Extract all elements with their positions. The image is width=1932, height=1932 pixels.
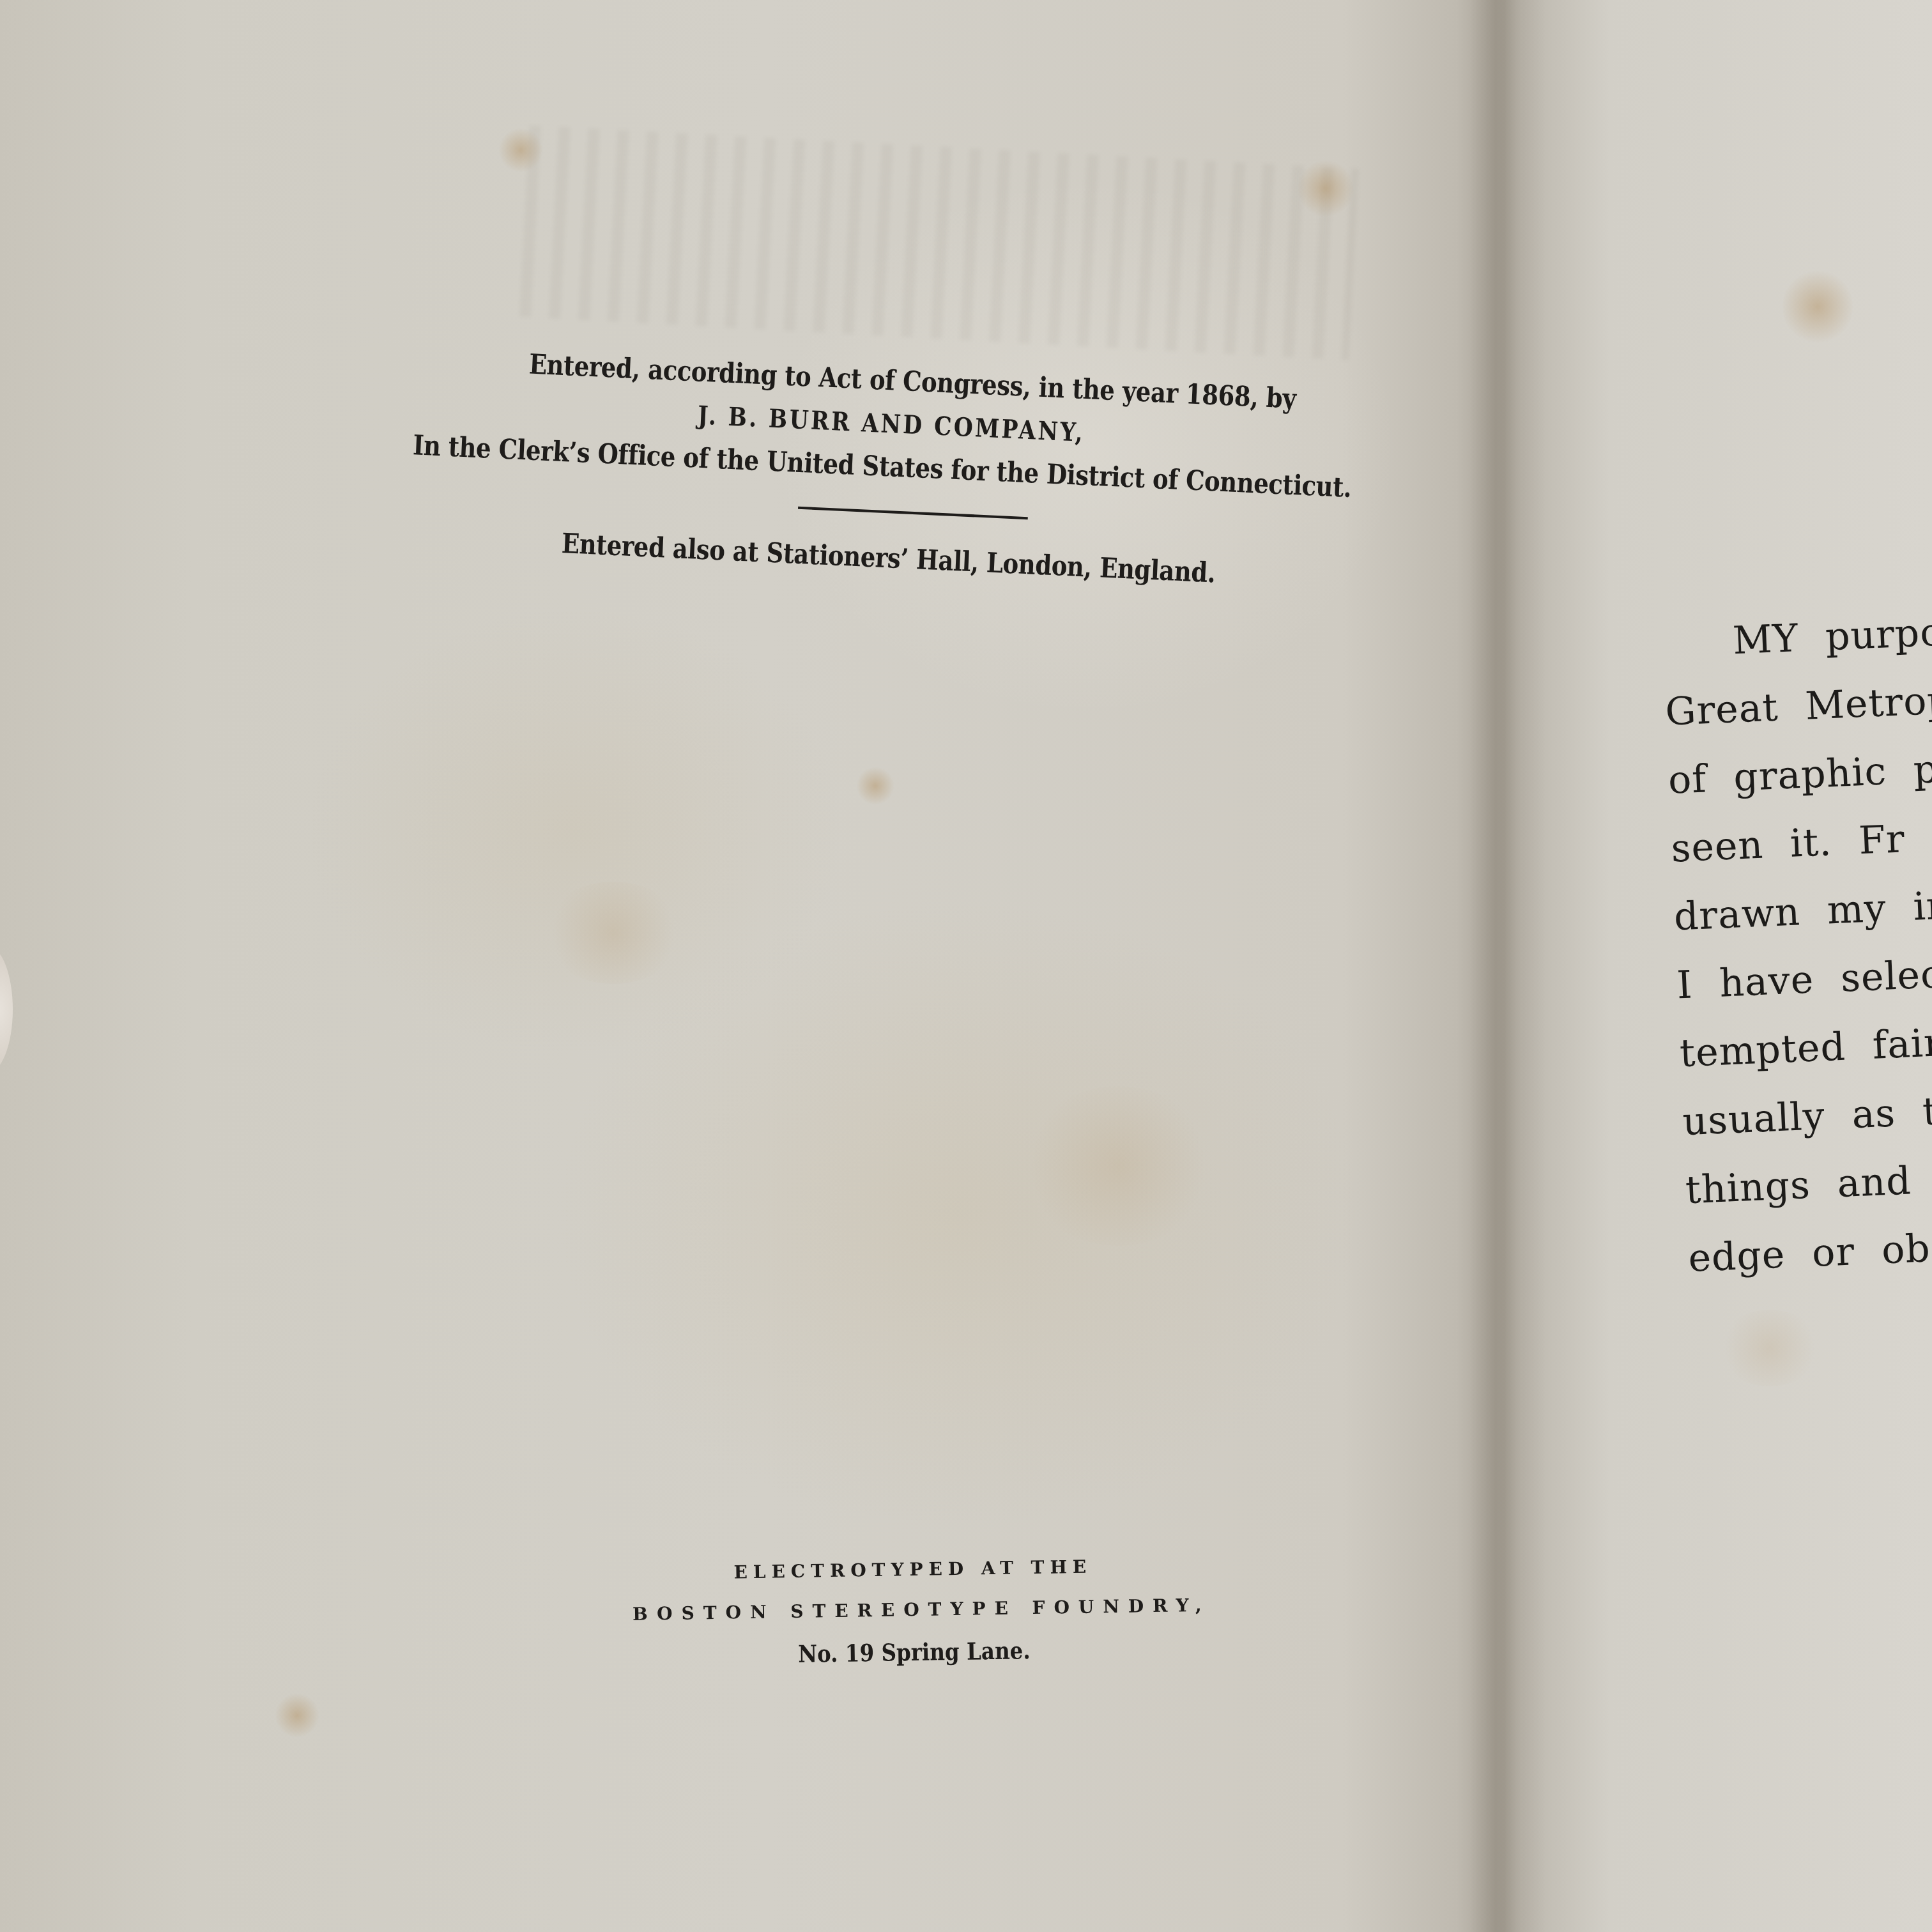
preface-text: MY purpo Great Metrop of graphic p seen … [1661,586,1932,1293]
copyright-notice: Entered, according to Act of Congress, i… [387,345,1379,595]
divider-rule [798,507,1028,519]
printer-imprint: ELECTROTYPED AT THE BOSTON STEREOTYPE FO… [632,1554,1196,1671]
stationers-hall-line: Entered also at Stationers’ Hall, London… [473,526,1303,592]
open-book-spread: Entered, according to Act of Congress, i… [0,0,1932,1932]
copyright-page: Entered, according to Act of Congress, i… [0,0,1489,1932]
preface-line: MY purpo [1661,586,1932,678]
imprint-electrotyped-line: ELECTROTYPED AT THE [632,1554,1194,1584]
imprint-foundry-line: BOSTON STEREOTYPE FOUNDRY, [632,1595,1195,1625]
imprint-address-line: No. 19 Spring Lane. [666,1634,1161,1670]
preface-page: MY purpo Great Metrop of graphic p seen … [1521,0,1932,1932]
